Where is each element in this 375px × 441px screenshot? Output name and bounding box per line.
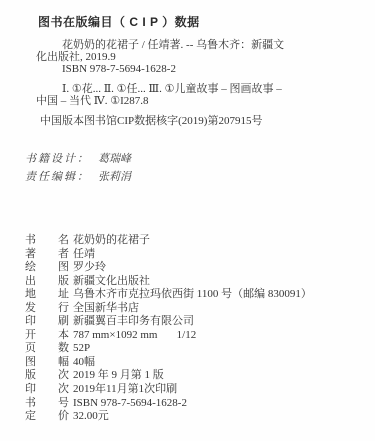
- book-copyright-page: 图书在版编目（ C I P ）数据 花奶奶的花裙子 / 任靖著. -- 乌鲁木齐…: [0, 0, 375, 441]
- publication-details-table: 书名花奶奶的花裙子著者任靖绘图罗少玲出版新疆文化出版社地址乌鲁木齐市克拉玛依西街…: [25, 234, 369, 424]
- detail-label: 印次: [25, 383, 69, 397]
- detail-value: 乌鲁木齐市克拉玛依西街 1100 号（邮编 830091）: [73, 288, 312, 302]
- detail-row: 出版新疆文化出版社: [25, 275, 369, 289]
- cip-header: 图书在版编目（ C I P ）数据: [38, 13, 200, 30]
- detail-row: 著者任靖: [25, 248, 369, 262]
- detail-label: 绘图: [25, 261, 69, 275]
- detail-row: 图幅40幅: [25, 356, 369, 370]
- detail-row: 书名花奶奶的花裙子: [25, 234, 369, 248]
- detail-label: 版次: [25, 369, 69, 383]
- detail-row: 地址乌鲁木齐市克拉玛依西街 1100 号（邮编 830091）: [25, 288, 369, 302]
- detail-row: 定价32.00元: [25, 410, 369, 424]
- credit-value: 张莉涓: [98, 171, 131, 183]
- detail-value: 任靖: [73, 248, 95, 262]
- detail-row: 绘图罗少玲: [25, 261, 369, 275]
- cip-publisher-line: 化出版社, 2019.9: [36, 51, 359, 63]
- detail-row: 印次2019年11月第1次印刷: [25, 383, 369, 397]
- cip-classification-paragraph: Ⅰ. ①花... Ⅱ. ①任... Ⅲ. ①儿童故事 – 图画故事 – 中国 –…: [36, 83, 359, 107]
- credit-label: 责任编辑：: [25, 171, 90, 183]
- detail-label: 发行: [25, 302, 69, 316]
- cip-classification-line-2: 中国 – 当代 Ⅳ. ①I287.8: [36, 95, 359, 107]
- detail-label: 著者: [25, 248, 69, 262]
- detail-value: 全国新华书店: [73, 302, 139, 316]
- detail-value: 32.00元: [73, 410, 109, 424]
- credit-value: 葛瑞峰: [98, 153, 131, 165]
- detail-row: 书号ISBN 978-7-5694-1628-2: [25, 397, 369, 411]
- detail-value: 新疆文化出版社: [73, 275, 150, 289]
- detail-value: 罗少玲: [73, 261, 106, 275]
- credit-row: 书籍设计：葛瑞峰: [25, 151, 131, 169]
- detail-value: 40幅: [73, 356, 95, 370]
- detail-value: 787 mm×1092 mm 1/12: [73, 329, 196, 343]
- detail-value: 花奶奶的花裙子: [73, 234, 150, 248]
- detail-label: 定价: [25, 410, 69, 424]
- detail-value: 新疆翼百丰印务有限公司: [73, 315, 194, 329]
- detail-label: 出版: [25, 275, 69, 289]
- detail-row: 页数52P: [25, 342, 369, 356]
- detail-row: 印刷新疆翼百丰印务有限公司: [25, 315, 369, 329]
- cip-registry-number: 中国版本图书馆CIP数据核字(2019)第207915号: [40, 112, 262, 128]
- cip-title-line: 花奶奶的花裙子 / 任靖著. -- 乌鲁木齐：新疆文: [36, 39, 359, 51]
- credit-row: 责任编辑：张莉涓: [25, 169, 131, 187]
- detail-value: 52P: [73, 342, 90, 356]
- detail-value: 2019年11月第1次印刷: [73, 383, 177, 397]
- detail-row: 发行全国新华书店: [25, 302, 369, 316]
- credits-block: 书籍设计：葛瑞峰责任编辑：张莉涓: [25, 151, 131, 186]
- detail-value: 2019 年 9 月第 1 版: [73, 369, 164, 383]
- credit-label: 书籍设计：: [25, 153, 90, 165]
- detail-label: 书号: [25, 397, 69, 411]
- detail-row: 开本787 mm×1092 mm 1/12: [25, 329, 369, 343]
- detail-label: 印刷: [25, 315, 69, 329]
- cip-classification-line-1: Ⅰ. ①花... Ⅱ. ①任... Ⅲ. ①儿童故事 – 图画故事 –: [36, 83, 359, 95]
- cip-isbn-line: ISBN 978-7-5694-1628-2: [36, 63, 359, 75]
- cip-title-paragraph: 花奶奶的花裙子 / 任靖著. -- 乌鲁木齐：新疆文 化出版社, 2019.9 …: [36, 39, 359, 76]
- detail-label: 地址: [25, 288, 69, 302]
- detail-row: 版次2019 年 9 月第 1 版: [25, 369, 369, 383]
- detail-value: ISBN 978-7-5694-1628-2: [73, 397, 187, 411]
- detail-label: 图幅: [25, 356, 69, 370]
- detail-label: 书名: [25, 234, 69, 248]
- detail-label: 开本: [25, 329, 69, 343]
- detail-label: 页数: [25, 342, 69, 356]
